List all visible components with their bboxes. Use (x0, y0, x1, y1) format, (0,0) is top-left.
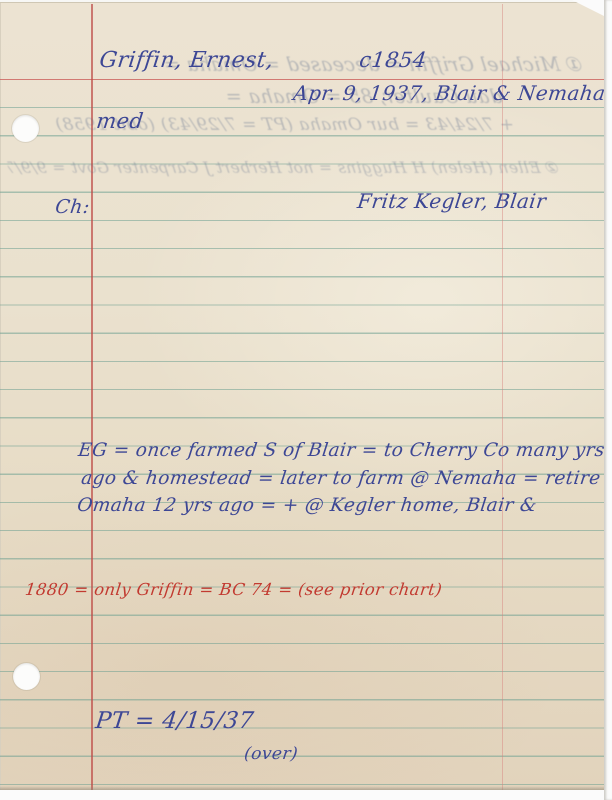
biography-line-2: ago & homestead = later to farm @ Nemaha… (80, 468, 612, 489)
entry-name: Griffin, Ernest, (98, 48, 275, 73)
bleedthrough-line-3: + 7/24/43 = bur Omaha (PT = 7/29/43) (ob… (1, 115, 515, 135)
bleedthrough-line-4: ② Ellen (Helen) H Huggins = not Herbert … (7, 159, 561, 177)
entry-death-date-place: Apr. 9, 1937, Blair & Nemaha (292, 81, 607, 105)
scan-background-right (604, 0, 612, 800)
census-note-red: 1880 = only Griffin = BC 74 = (see prior… (24, 580, 443, 599)
notebook-paper-sheet: ① Michael Griffin = deceased = Omaha = d… (0, 2, 612, 790)
entry-birth-year: c1854 (358, 48, 428, 72)
punch-hole-bottom (13, 663, 40, 690)
biography-line-3: Omaha 12 yrs ago = + @ Kegler home, Blai… (76, 495, 538, 516)
scan-background-bottom (0, 790, 612, 800)
entry-cause-note: med (95, 109, 145, 133)
biography-line-1: EG = once farmed S of Blair = to Cherry … (77, 440, 606, 461)
child-entry: Fritz Kegler, Blair (356, 189, 548, 213)
over-note: (over) (243, 744, 299, 764)
pt-date-note: PT = 4/15/37 (94, 708, 255, 734)
children-label: Ch: (54, 196, 91, 218)
